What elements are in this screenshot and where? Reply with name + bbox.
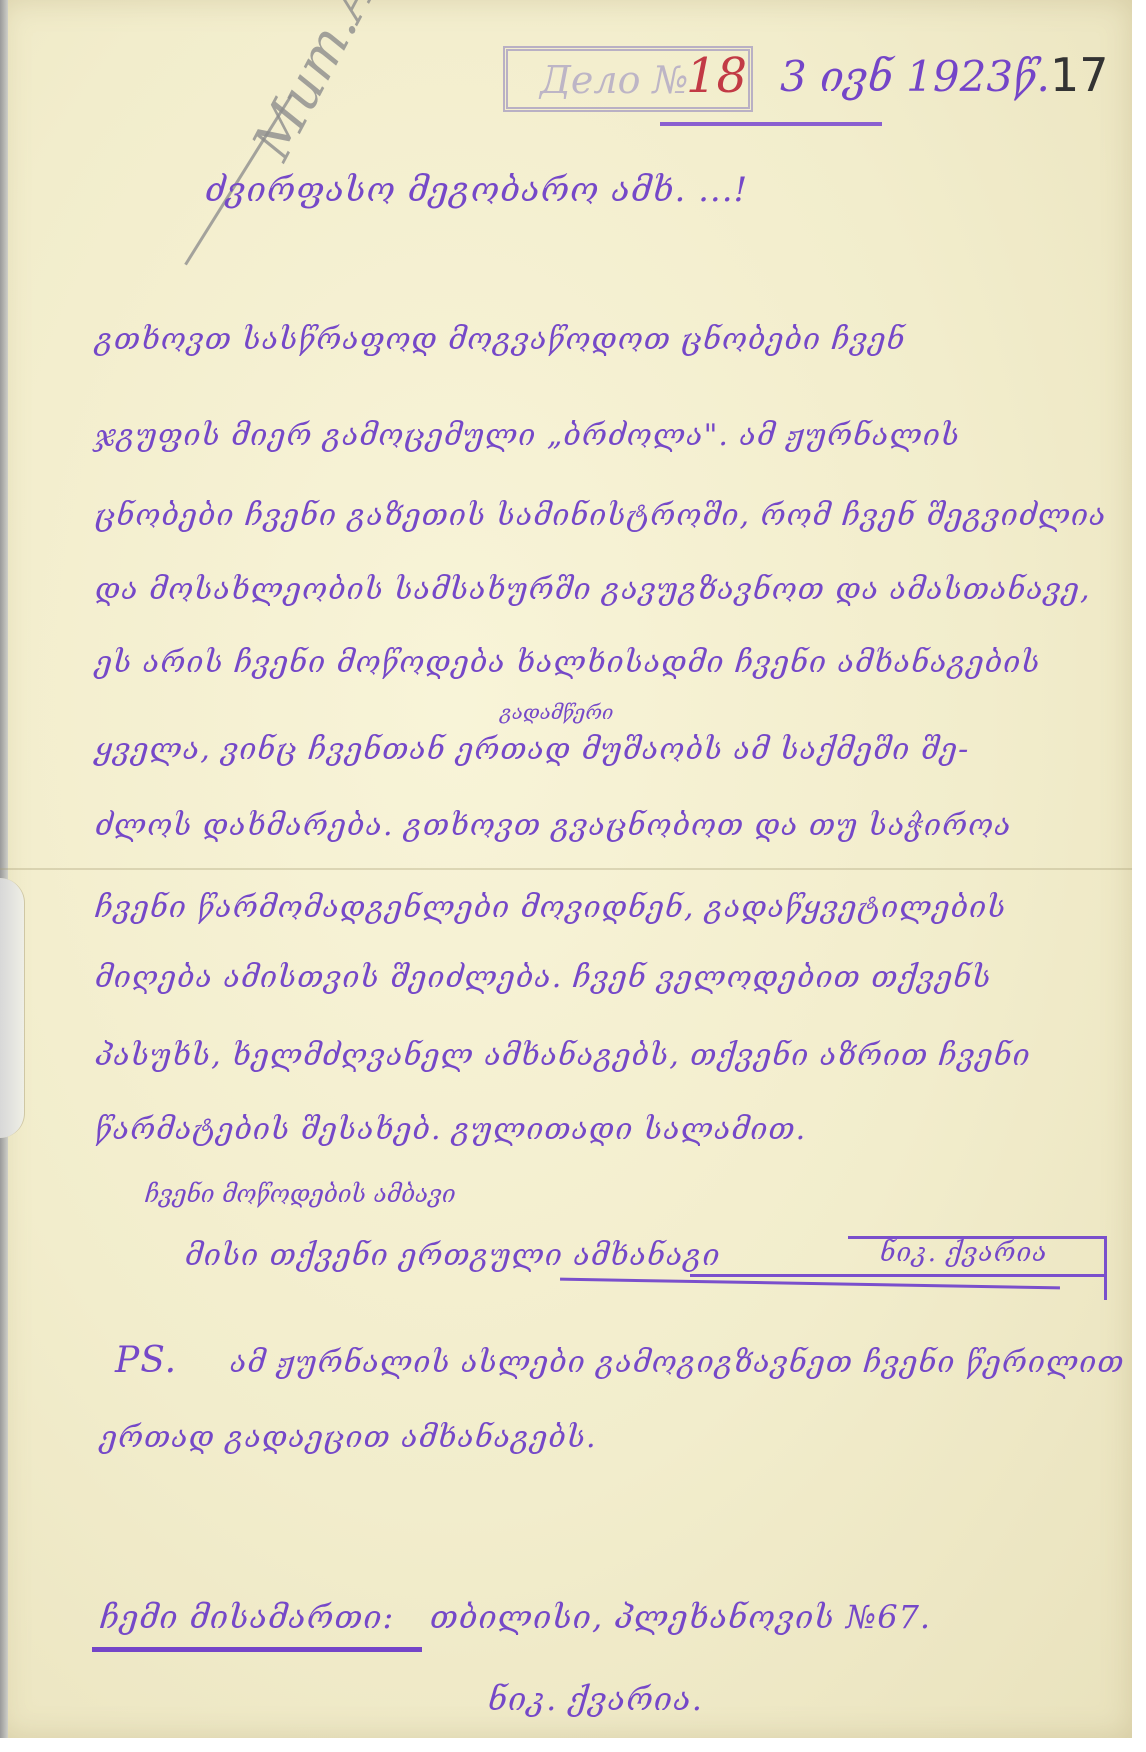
body-line: ყველა, ვინც ჩვენთან ერთად მუშაობს ამ საქ… xyxy=(95,732,969,767)
letter-date: 3 ივნ 1923წ. xyxy=(780,52,1050,101)
body-line: მიღება ამისთვის შეიძლება. ჩვენ ველოდებით… xyxy=(95,960,992,995)
body-line: ჯგუფის მიერ გამოცემული „ბრძოლა". ამ ჟურნ… xyxy=(95,418,960,453)
body-line: ეს არის ჩვენი მოწოდება ხალხისადმი ჩვენი … xyxy=(95,645,1041,680)
address-label: ჩემი მისამართი: xyxy=(100,1598,394,1636)
case-stamp-label: Дело № xyxy=(540,58,689,102)
paper-tear xyxy=(0,878,25,1138)
date-underline xyxy=(660,122,882,126)
postscript-line: ერთად გადაეცით ამხანაგებს. xyxy=(100,1420,597,1455)
case-number: 18 xyxy=(686,48,747,104)
body-line: გთხოვთ სასწრაფოდ მოგვაწოდოთ ცნობები ჩვენ xyxy=(95,322,905,357)
body-line: პასუხს, ხელმძღვანელ ამხანაგებს, თქვენი ა… xyxy=(95,1038,1031,1073)
paper-fold-line xyxy=(0,868,1132,870)
address-signature: ნიკ. ქვარია. xyxy=(488,1680,703,1718)
address-label-underline xyxy=(92,1647,422,1652)
closing-insert: ჩვენი მოწოდების ამბავი xyxy=(145,1180,456,1208)
interlinear-insert: გადამწერი xyxy=(500,700,613,724)
body-line: ცნობები ჩვენი გაზეთის სამინისტროში, რომ … xyxy=(95,498,1107,533)
signature-underline xyxy=(690,1274,1106,1277)
signature: ნიკ. ქვარია xyxy=(880,1238,1048,1268)
postscript-label: PS. xyxy=(115,1340,177,1381)
closing-line: მისი თქვენი ერთგული ამხანაგი xyxy=(185,1238,721,1273)
folio-number: 17 xyxy=(1050,48,1109,102)
body-line: ძლოს დახმარება. გთხოვთ გვაცნობოთ და თუ ს… xyxy=(95,808,1012,843)
postscript-line: ამ ჟურნალის ასლები გამოგიგზავნეთ ჩვენი წ… xyxy=(230,1345,1124,1380)
body-line: ჩვენი წარმომადგენლები მოვიდნენ, გადაწყვე… xyxy=(95,890,1006,925)
salutation: ძვირფასო მეგობარო ამხ. ...! xyxy=(205,170,748,210)
address-value: თბილისი, პლეხანოვის №67. xyxy=(430,1598,931,1636)
body-line: და მოსახლეობის სამსახურში გავუგზავნოთ და… xyxy=(95,572,1091,607)
signature-box-top xyxy=(848,1236,1106,1239)
signature-box-right xyxy=(1104,1236,1107,1300)
body-line: წარმატების შესახებ. გულითადი სალამით. xyxy=(95,1112,806,1147)
